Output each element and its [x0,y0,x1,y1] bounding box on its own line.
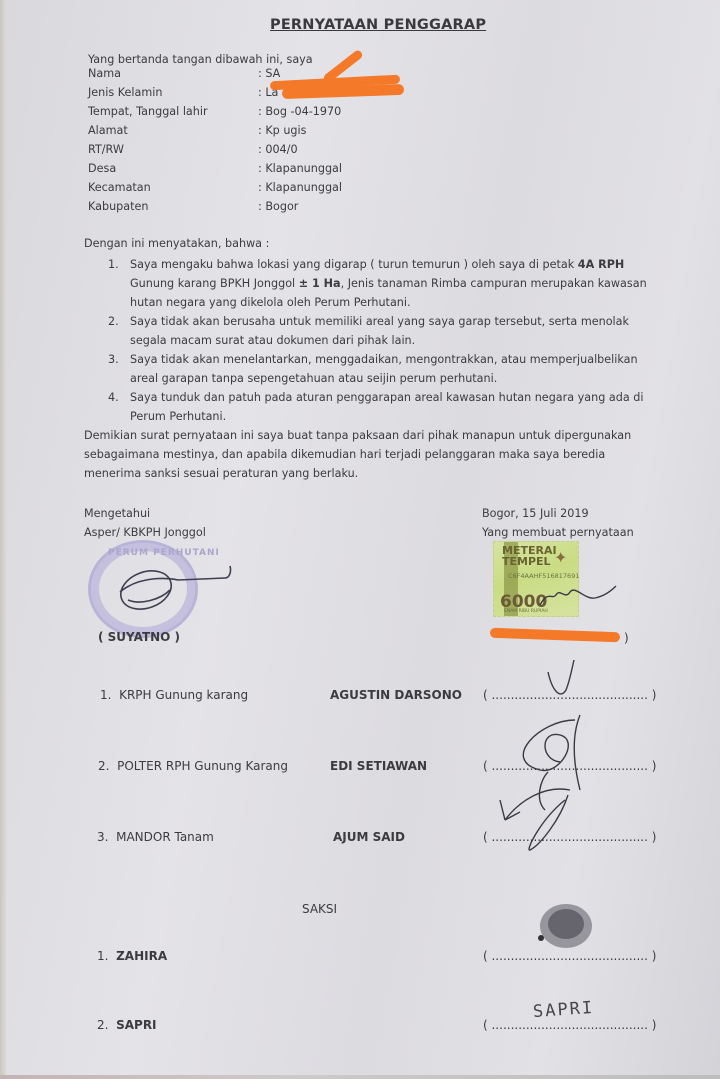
closing-line: Demikian surat pernyataan ini saya buat … [84,429,631,442]
field-label-nama: Nama [88,67,121,80]
field-label-jenis-kelamin: Jenis Kelamin [88,86,163,99]
item-number: 1. [108,258,119,271]
signature-line: ( ......................................… [483,1018,656,1032]
witness-heading: SAKSI [302,902,337,916]
item-3-line-2: areal garapan tanpa sepengetahuan atau s… [130,372,497,385]
meterai-code: C6F4AAHF516817691 [508,572,579,580]
stamp-text: PERUM PERHUTANI [108,548,220,558]
item-2-line-2: segala macam surat atau dokumen dari pih… [130,334,415,347]
official-row: 1. KRPH Gunung karang [100,688,248,702]
item-2-line-1: Saya tidak akan berusaha untuk memiliki … [130,315,629,328]
thumbprint-zahira [538,904,592,948]
declarant-name-suffix: ) [624,631,629,645]
witness-row: 1. ZAHIRA [97,949,167,963]
field-value-rtrw: : 004/0 [258,143,298,156]
item-4-line-2: Perum Perhutani. [130,410,226,423]
field-value-nama: : SA [258,67,280,80]
asper-role: Asper/ KBKPH Jonggol [84,526,206,539]
item-number: 4. [108,391,119,404]
closing-line: sebagaimana mestinya, dan apabila dikemu… [84,448,605,461]
meterai-title: METERAITEMPEL [502,545,557,567]
item-4-line-1: Saya tunduk dan patuh pada aturan pengga… [130,391,643,404]
signature-line: ( ......................................… [483,830,656,844]
mengetahui-label: Mengetahui [84,507,150,520]
handwritten-signature-sapri: SAPRI [532,998,594,1022]
closing-line: menerima sanksi sesuai peraturan yang be… [84,467,358,480]
official-name: AJUM SAID [333,830,405,844]
field-label-desa: Desa [88,162,116,175]
field-label-kecamatan: Kecamatan [88,181,151,194]
field-value-alamat: : Kp ugis [258,124,306,137]
item-3-line-1: Saya tidak akan menelantarkan, menggadai… [130,353,638,366]
official-row: 2. POLTER RPH Gunung Karang [98,759,288,773]
witness-row: 2. SAPRI [97,1018,157,1032]
item-1-line-1: Saya mengaku bahwa lokasi yang digarap (… [130,258,624,271]
official-row: 3. MANDOR Tanam [97,830,214,844]
signature-line: ( ......................................… [483,949,656,963]
revenue-stamp: METERAITEMPEL ✦ C6F4AAHF516817691 6000 E… [493,541,579,617]
item-1-line-2: Gunung karang BPKH Jonggol ± 1 Ha, Jenis… [130,277,647,290]
official-name: AGUSTIN DARSONO [330,688,462,702]
field-label-alamat: Alamat [88,124,128,137]
field-value-kecamatan: : Klapanunggal [258,181,342,194]
place-date: Bogor, 15 Juli 2019 [482,507,589,520]
field-value-ttl: : Bog -04-1970 [258,105,341,118]
signature-line: ( ......................................… [483,688,656,702]
paper-edge [0,0,6,1079]
paper-edge [0,1075,720,1079]
field-value-desa: : Klapanunggal [258,162,342,175]
declarant-role: Yang membuat pernyataan [482,526,634,539]
garuda-emblem-icon: ✦ [554,548,567,567]
intro-text: Yang bertanda tangan dibawah ini, saya [88,53,313,66]
item-1-line-3: hutan negara yang dikelola oleh Perum Pe… [130,296,411,309]
field-label-rtrw: RT/RW [88,143,124,156]
statement-intro: Dengan ini menyatakan, bahwa : [84,237,269,250]
official-name: EDI SETIAWAN [330,759,427,773]
item-number: 3. [108,353,119,366]
redaction-mark [490,628,620,643]
signatory-name-suyatno: ( SUYATNO ) [98,630,180,644]
signature-line: ( ......................................… [483,759,656,773]
field-label-kabupaten: Kabupaten [88,200,149,213]
meterai-subtitle: ENAM RIBU RUPIAH [504,609,548,614]
document-title: PERNYATAAN PENGGARAP [270,17,486,33]
field-label-ttl: Tempat, Tanggal lahir [88,105,208,118]
field-value-kabupaten: : Bogor [258,200,298,213]
item-number: 2. [108,315,119,328]
